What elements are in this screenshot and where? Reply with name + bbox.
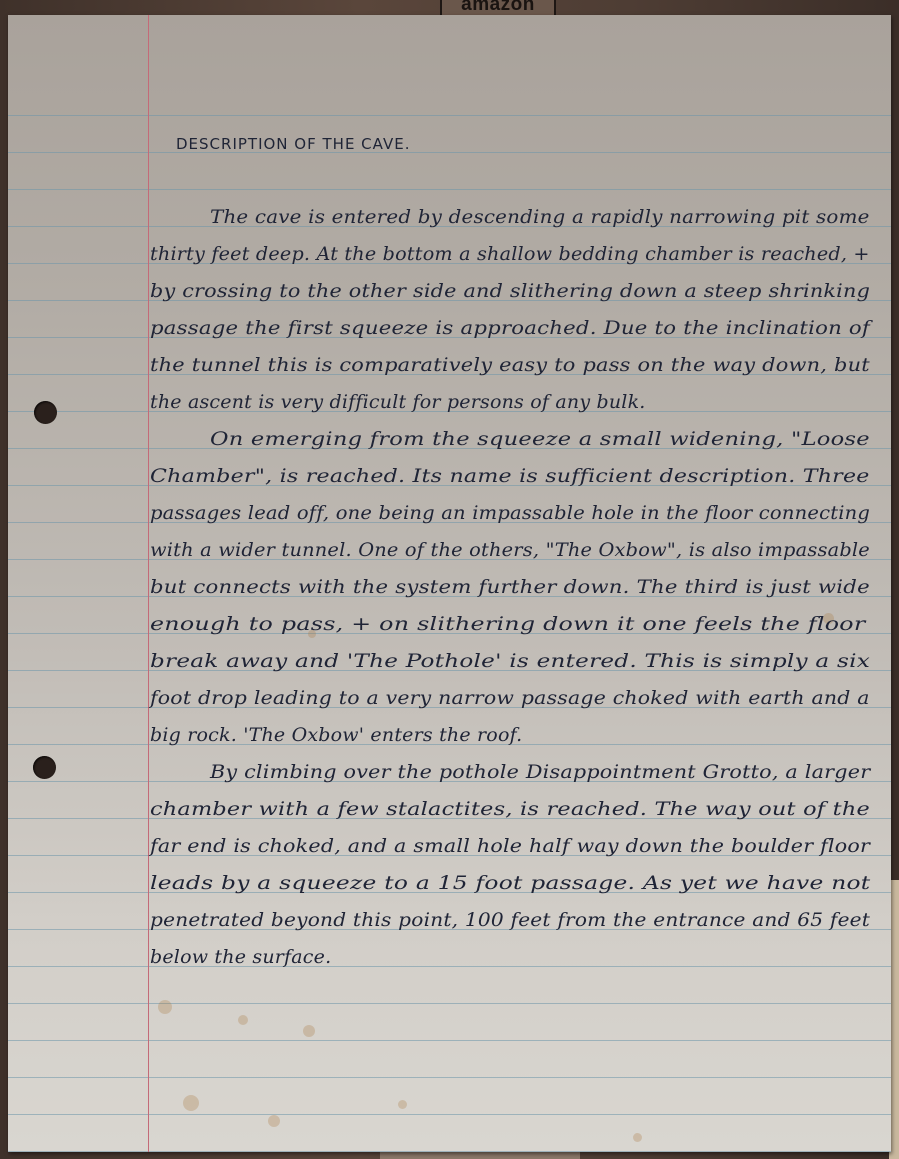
handwritten-line: chamber with a few stalactites, is reach…	[150, 799, 870, 819]
stain	[633, 1133, 642, 1142]
punch-hole-bottom	[33, 756, 56, 779]
handwritten-line: the tunnel this is comparatively easy to…	[150, 355, 870, 375]
page-title: Description of the Cave.	[176, 135, 410, 153]
punch-hole-top	[34, 401, 57, 424]
handwritten-line: Chamber", is reached. Its name is suffic…	[150, 466, 870, 486]
handwritten-line: break away and 'The Pothole' is entered.…	[150, 651, 870, 671]
stain	[268, 1115, 280, 1127]
handwritten-line: big rock. 'The Oxbow' enters the roof.	[150, 725, 522, 745]
stain	[398, 1100, 407, 1109]
margin-line	[148, 15, 149, 1152]
ruled-line	[8, 1114, 891, 1115]
ruled-line	[8, 1151, 891, 1152]
ruled-line	[8, 966, 891, 967]
handwritten-line: enough to pass, + on slithering down it …	[150, 614, 865, 634]
handwritten-line: penetrated beyond this point, 100 feet f…	[150, 910, 870, 930]
ruled-line	[8, 1077, 891, 1078]
handwritten-line: The cave is entered by descending a rapi…	[210, 207, 870, 227]
box-label: amazon	[440, 0, 556, 16]
stain	[238, 1015, 248, 1025]
handwritten-line: but connects with the system further dow…	[150, 577, 870, 597]
handwritten-line: below the surface.	[150, 947, 331, 967]
handwritten-line: with a wider tunnel. One of the others, …	[150, 540, 870, 560]
handwritten-line: By climbing over the pothole Disappointm…	[210, 762, 870, 782]
ruled-line	[8, 1003, 891, 1004]
stain	[303, 1025, 315, 1037]
handwritten-line: by crossing to the other side and slithe…	[150, 281, 870, 301]
ruled-line	[8, 152, 891, 153]
handwritten-line: thirty feet deep. At the bottom a shallo…	[150, 244, 870, 264]
handwritten-line: leads by a squeeze to a 15 foot passage.…	[150, 873, 870, 893]
handwritten-line: the ascent is very difficult for persons…	[150, 392, 646, 412]
handwritten-line: foot drop leading to a very narrow passa…	[150, 688, 870, 708]
ruled-line	[8, 1040, 891, 1041]
handwritten-line: far end is choked, and a small hole half…	[150, 836, 870, 856]
stain	[158, 1000, 172, 1014]
stain	[183, 1095, 199, 1111]
ruled-line	[8, 189, 891, 190]
ruled-line	[8, 115, 891, 116]
handwritten-line: passage the first squeeze is approached.…	[150, 318, 870, 338]
handwritten-line: On emerging from the squeeze a small wid…	[210, 429, 870, 449]
notebook-page: Description of the Cave. The cave is ent…	[8, 15, 891, 1152]
handwritten-line: passages lead off, one being an impassab…	[150, 503, 870, 523]
